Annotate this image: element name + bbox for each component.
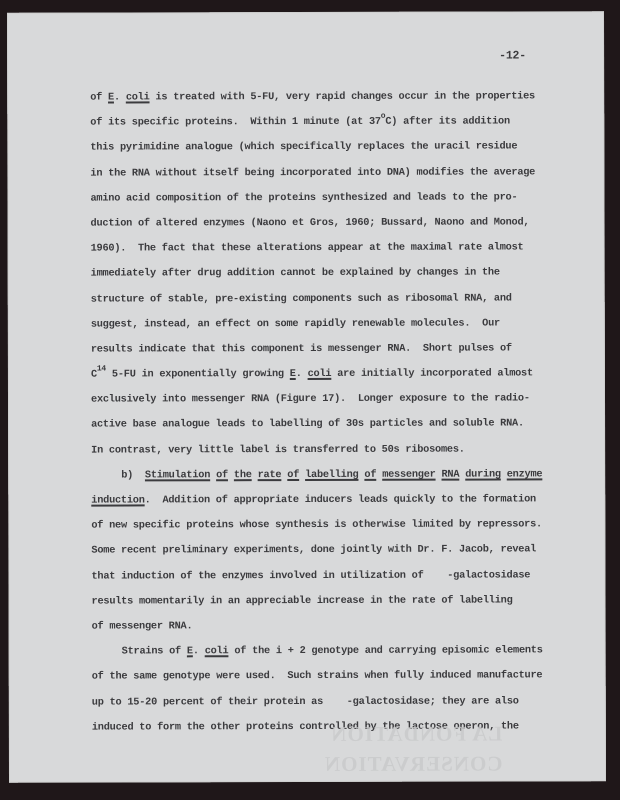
text-line: of the same genotype were used. Such str… [92,669,592,695]
typewritten-body: of E. coli is treated with 5-FU, very ra… [90,89,592,745]
text-span: up to 15-20 percent of their protein as … [92,695,519,708]
text-span: active base analogue leads to labelling … [91,418,524,431]
text-span: of messenger RNA. [92,620,193,632]
text-span: is treated with 5-FU, very rapid changes… [150,90,535,103]
text-span: C) after its addition [385,116,510,128]
underlined-text: Stimulation [145,469,210,481]
underlined-text: during [465,468,501,480]
text-span: exclusively into messenger RNA (Figure 1… [91,393,530,406]
text-line: In contrast, very little label is transf… [91,442,591,468]
text-line: of new specific proteins whose synthesis… [91,517,591,543]
text-span: of the same genotype were used. Such str… [92,670,543,683]
text-line: suggest, instead, an effect on some rapi… [91,316,591,342]
text-line: Strains of E. coli of the i + 2 genotype… [92,643,592,669]
text-line: this pyrimidine analogue (which specific… [90,140,590,166]
text-line: induction. Addition of appropriate induc… [91,492,591,518]
text-span: 5-FU in exponentially growing [106,368,290,380]
text-span: 1960). The fact that these alterations a… [91,242,524,255]
underlined-text: coli [126,91,150,103]
underlined-text: coli [308,368,332,380]
text-span: . [193,645,205,657]
underlined-text: RNA [441,468,459,480]
text-span: Strains of [122,645,187,657]
text-line: exclusively into messenger RNA (Figure 1… [91,392,591,418]
text-line: that induction of the enzymes involved i… [91,568,591,594]
text-span: . Addition of appropriate inducers leads… [145,493,536,506]
text-span: structure of stable, pre-existing compon… [91,292,512,305]
text-span: suggest, instead, an effect on some rapi… [91,317,500,330]
text-span: results momentarily in an appreciable in… [92,594,513,607]
text-span: . [296,368,308,380]
text-span: b) [121,469,145,481]
bleed-through-line: LA FONDATION [324,718,503,748]
text-line: immediately after drug addition cannot b… [91,266,591,292]
underlined-text: messenger [382,468,435,480]
text-span: In contrast, very little label is transf… [91,443,465,456]
text-line: amino acid composition of the proteins s… [90,190,590,216]
text-span: in the RNA without itself being incorpor… [90,166,535,179]
underlined-text: of [216,469,228,481]
text-line: of E. coli is treated with 5-FU, very ra… [90,89,590,115]
text-span: that induction of the enzymes involved i… [91,569,530,582]
text-line: duction of altered enzymes (Naono et Gro… [91,215,591,241]
text-span: Some recent preliminary experiments, don… [91,544,536,557]
text-line: up to 15-20 percent of their protein as … [92,694,592,720]
text-span: . [114,91,126,103]
underlined-text: rate [258,469,282,481]
underlined-text: the [234,469,252,481]
text-span: are initially incorporated almost [331,367,533,380]
text-line: of its specific proteins. Within 1 minut… [90,114,590,140]
text-line: results indicate that this component is … [91,341,591,367]
text-line: 1960). The fact that these alterations a… [91,240,591,266]
underlined-text: induction [91,494,144,506]
scanned-document: -12- of E. coli is treated with 5-FU, ve… [0,0,620,800]
text-span: duction of altered enzymes (Naono et Gro… [91,216,530,229]
text-line: Some recent preliminary experiments, don… [91,543,591,569]
text-line: C14 5-FU in exponentially growing E. col… [91,366,591,392]
text-span: this pyrimidine analogue (which specific… [90,141,517,154]
underlined-text: enzyme [507,468,543,480]
paper-page: -12- of E. coli is treated with 5-FU, ve… [7,11,606,783]
superscript: 14 [97,365,106,374]
text-line: of messenger RNA. [92,618,592,644]
text-span: amino acid composition of the proteins s… [90,191,517,204]
text-span: of [90,92,108,104]
underlined-text: of [364,469,376,481]
text-span: results indicate that this component is … [91,342,512,355]
bleed-through-line: CONSERVATION [324,748,503,778]
underlined-text: of [287,469,299,481]
text-span: immediately after drug addition cannot b… [91,267,500,280]
text-span: of new specific proteins whose synthesis… [91,519,542,532]
bleed-through-text: LA FONDATION CONSERVATION [324,718,503,778]
text-line: results momentarily in an appreciable in… [92,593,592,619]
text-span: of its specific proteins. Within 1 minut… [90,116,381,129]
text-span: of the i + 2 genotype and carrying episo… [228,645,542,658]
text-line: structure of stable, pre-existing compon… [91,291,591,317]
page-number: -12- [499,49,526,62]
underlined-text: labelling [305,469,358,481]
underlined-text: coli [205,645,229,657]
text-line: in the RNA without itself being incorpor… [90,165,590,191]
text-line: active base analogue leads to labelling … [91,417,591,443]
text-line: b) Stimulation of the rate of labelling … [91,467,591,493]
